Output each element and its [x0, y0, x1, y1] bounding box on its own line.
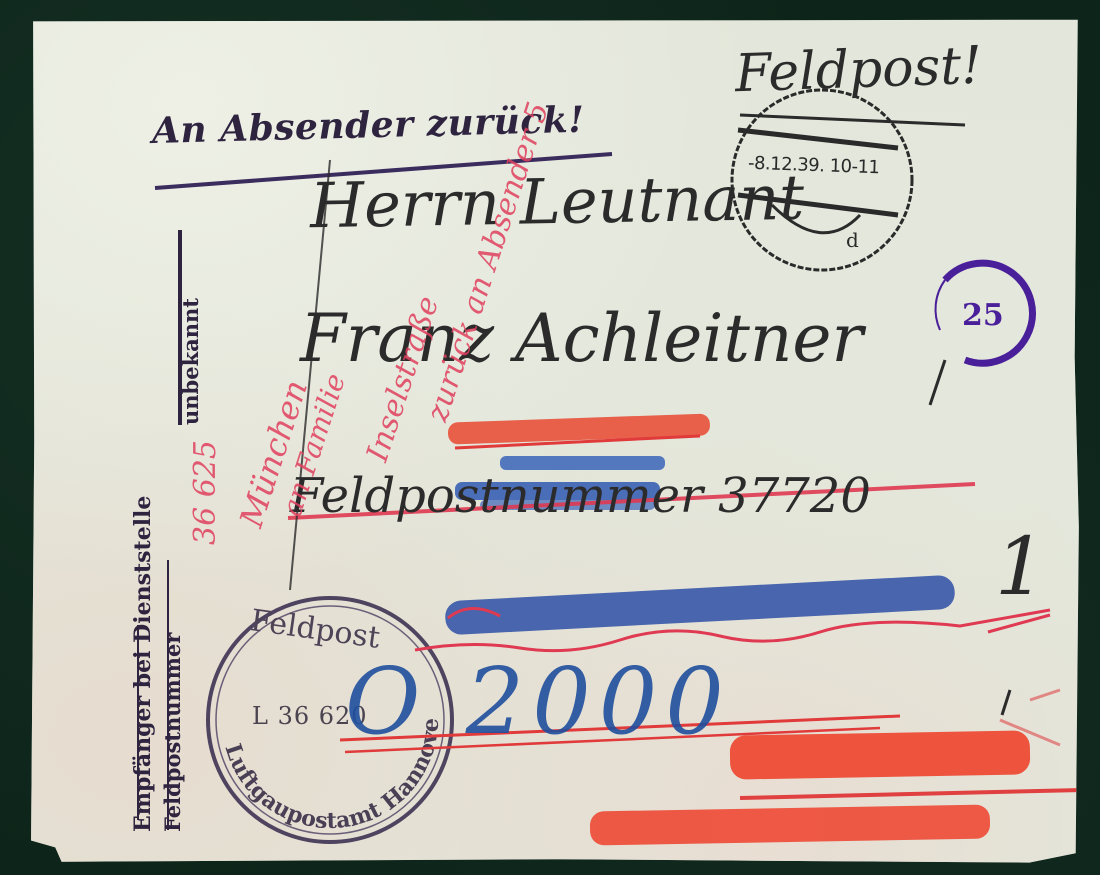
envelope: Luftgaupostamt Hannover	[30, 18, 1082, 866]
recipient-unit-label: Empfänger bei Dienststelle	[130, 496, 156, 832]
handwritten-unit-number: 36 625	[188, 440, 223, 545]
censor-number: 25	[962, 298, 1004, 333]
address-line-feldpost-number: Feldpostnummer 37720	[290, 468, 871, 524]
address-line-name: Franz Achleitner	[300, 300, 863, 377]
feldpost-number-label: Feldpostnummer	[160, 633, 185, 832]
unknown-label: unbekannt	[178, 298, 203, 425]
feldpost-handwriting: Feldpost!	[734, 36, 983, 105]
blue-correction: O 2000	[345, 648, 732, 755]
address-line-rank: Herrn Leutnant	[309, 161, 804, 243]
side-mark: 1	[995, 520, 1046, 613]
postmark-letter: d	[846, 228, 859, 252]
